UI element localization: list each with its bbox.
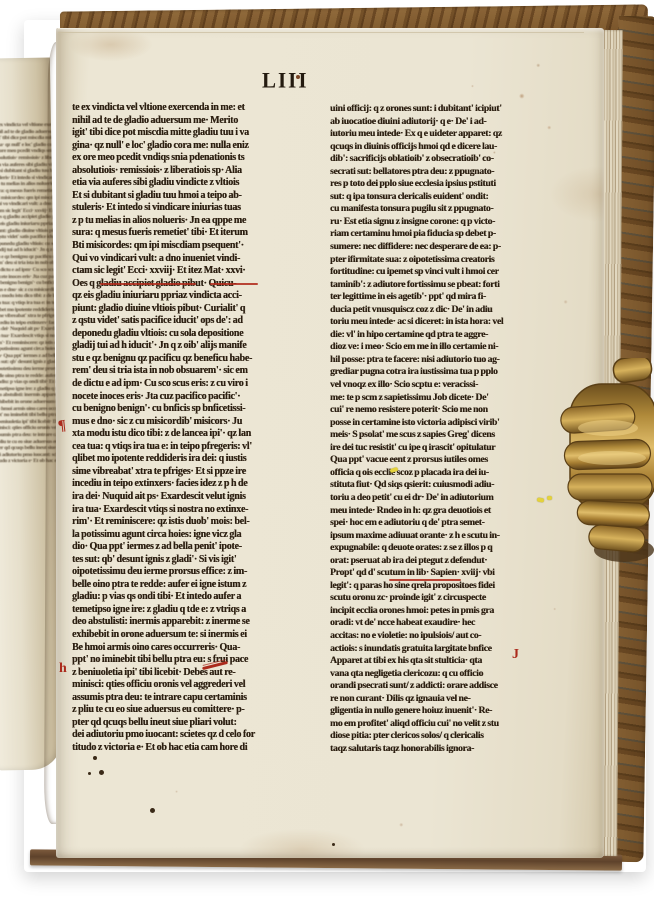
wax-spot [547, 496, 552, 500]
rubric-underline-citation-3 [389, 579, 461, 581]
book-page: LIII te ex vindicta vel vltione exercend… [56, 28, 604, 858]
rubric-margin-letter-j: J [512, 647, 519, 663]
book-photograph: te ex vindicta vel vltione exercenda in … [0, 0, 654, 900]
rubric-margin-letter-h: h [59, 661, 67, 677]
ink-spot [296, 75, 300, 79]
ink-spot [88, 772, 91, 775]
rubric-underline-citation-1 [100, 283, 196, 285]
text-column-left: te ex vindicta vel vltione exercenda in … [72, 102, 324, 760]
folio-number: LIII [262, 67, 362, 93]
previous-page-text: te ex vindicta vel vltione exercenda in … [0, 122, 48, 465]
ink-spot [150, 808, 155, 813]
rubric-paragraph-mark: ¶ [57, 418, 67, 436]
rubric-underline-citation-2 [210, 283, 258, 285]
ink-spot [332, 843, 335, 846]
page-top-edge [58, 28, 584, 33]
brass-clasp [560, 358, 654, 568]
ink-spot [99, 770, 104, 775]
ink-spot [93, 756, 97, 760]
